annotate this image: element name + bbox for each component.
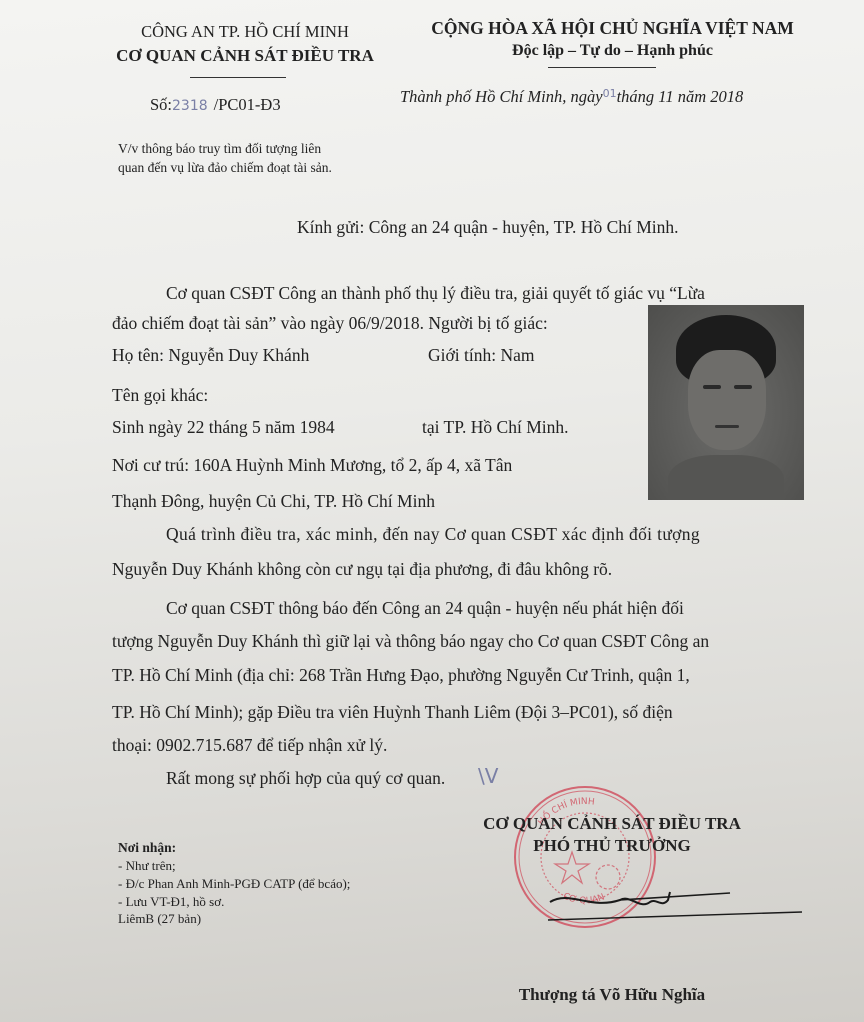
national-title: CỘNG HÒA XÃ HỘI CHỦ NGHĨA VIỆT NAM (395, 18, 830, 39)
agency-name: CƠ QUAN CẢNH SÁT ĐIỀU TRA (90, 46, 400, 66)
date-suffix: tháng 11 năm 2018 (617, 87, 744, 106)
distribution-item: - Như trên; (118, 858, 176, 874)
suspect-residence-2: Thạnh Đông, huyện Củ Chi, TP. Hồ Chí Min… (112, 491, 435, 512)
suspect-residence-1: Nơi cư trú: 160A Huỳnh Minh Mương, tổ 2,… (112, 455, 512, 476)
distribution-title: Nơi nhận: (118, 840, 176, 856)
subject-line-1: V/v thông báo truy tìm đối tượng liên (118, 141, 321, 157)
doc-number-handwritten: 2318 (172, 98, 208, 114)
suspect-alias: Tên gọi khác: (112, 385, 208, 406)
suspect-gender: Giới tính: Nam (428, 345, 534, 366)
para1-line1: Cơ quan CSĐT Công an thành phố thụ lý đi… (166, 283, 705, 304)
signer-name: Thượng tá Võ Hữu Nghĩa (440, 985, 784, 1005)
header-right-divider (548, 67, 656, 68)
national-motto: Độc lập – Tự do – Hạnh phúc (395, 42, 830, 60)
agency-parent: CÔNG AN TP. HỒ CHÍ MINH (90, 22, 400, 42)
suspect-name: Họ tên: Nguyễn Duy Khánh (112, 345, 309, 366)
document-number: Số:2318/PC01-Đ3 (150, 95, 281, 115)
para3-line3: TP. Hồ Chí Minh (địa chỉ: 268 Trần Hưng … (112, 665, 690, 686)
document-date: Thành phố Hồ Chí Minh, ngày01tháng 11 nă… (400, 87, 743, 107)
suspect-photo (648, 305, 804, 500)
signature-org: CƠ QUAN CẢNH SÁT ĐIỀU TRA (440, 814, 784, 834)
para3-line2: tượng Nguyễn Duy Khánh thì giữ lại và th… (112, 631, 709, 652)
para3-line5: thoại: 0902.715.687 để tiếp nhận xử lý. (112, 735, 387, 756)
suspect-birthplace: tại TP. Hồ Chí Minh. (422, 417, 569, 438)
suspect-birth: Sinh ngày 22 tháng 5 năm 1984 (112, 417, 335, 438)
date-day-handwritten: 01 (603, 87, 617, 100)
para3-line1: Cơ quan CSĐT thông báo đến Công an 24 qu… (166, 598, 684, 619)
para2-line1: Quá trình điều tra, xác minh, đến nay Cơ… (166, 524, 700, 545)
date-prefix: Thành phố Hồ Chí Minh, ngày (400, 87, 603, 106)
para2-line2: Nguyễn Duy Khánh không còn cư ngụ tại đị… (112, 559, 612, 580)
distribution-item: - Đ/c Phan Anh Minh-PGĐ CATP (để bcáo); (118, 876, 350, 892)
para1-line2: đảo chiếm đoạt tài sản” vào ngày 06/9/20… (112, 313, 548, 334)
distribution-item: - Lưu VT-Đ1, hồ sơ. (118, 894, 224, 910)
signature-icon (530, 880, 810, 925)
handwritten-initial: \V (478, 764, 498, 788)
signature-title: PHÓ THỦ TRƯỞNG (440, 836, 784, 856)
doc-number-label: Số: (150, 95, 172, 114)
closing-line: Rất mong sự phối hợp của quý cơ quan. (166, 768, 445, 789)
doc-number-suffix: /PC01-Đ3 (214, 95, 281, 114)
para3-line4: TP. Hồ Chí Minh); gặp Điều tra viên Huỳn… (112, 702, 673, 723)
distribution-item: LiêmB (27 bản) (118, 911, 201, 927)
header-left-divider (190, 77, 286, 78)
recipient-line: Kính gửi: Công an 24 quận - huyện, TP. H… (297, 217, 679, 238)
subject-line-2: quan đến vụ lừa đảo chiếm đoạt tài sản. (118, 160, 332, 176)
